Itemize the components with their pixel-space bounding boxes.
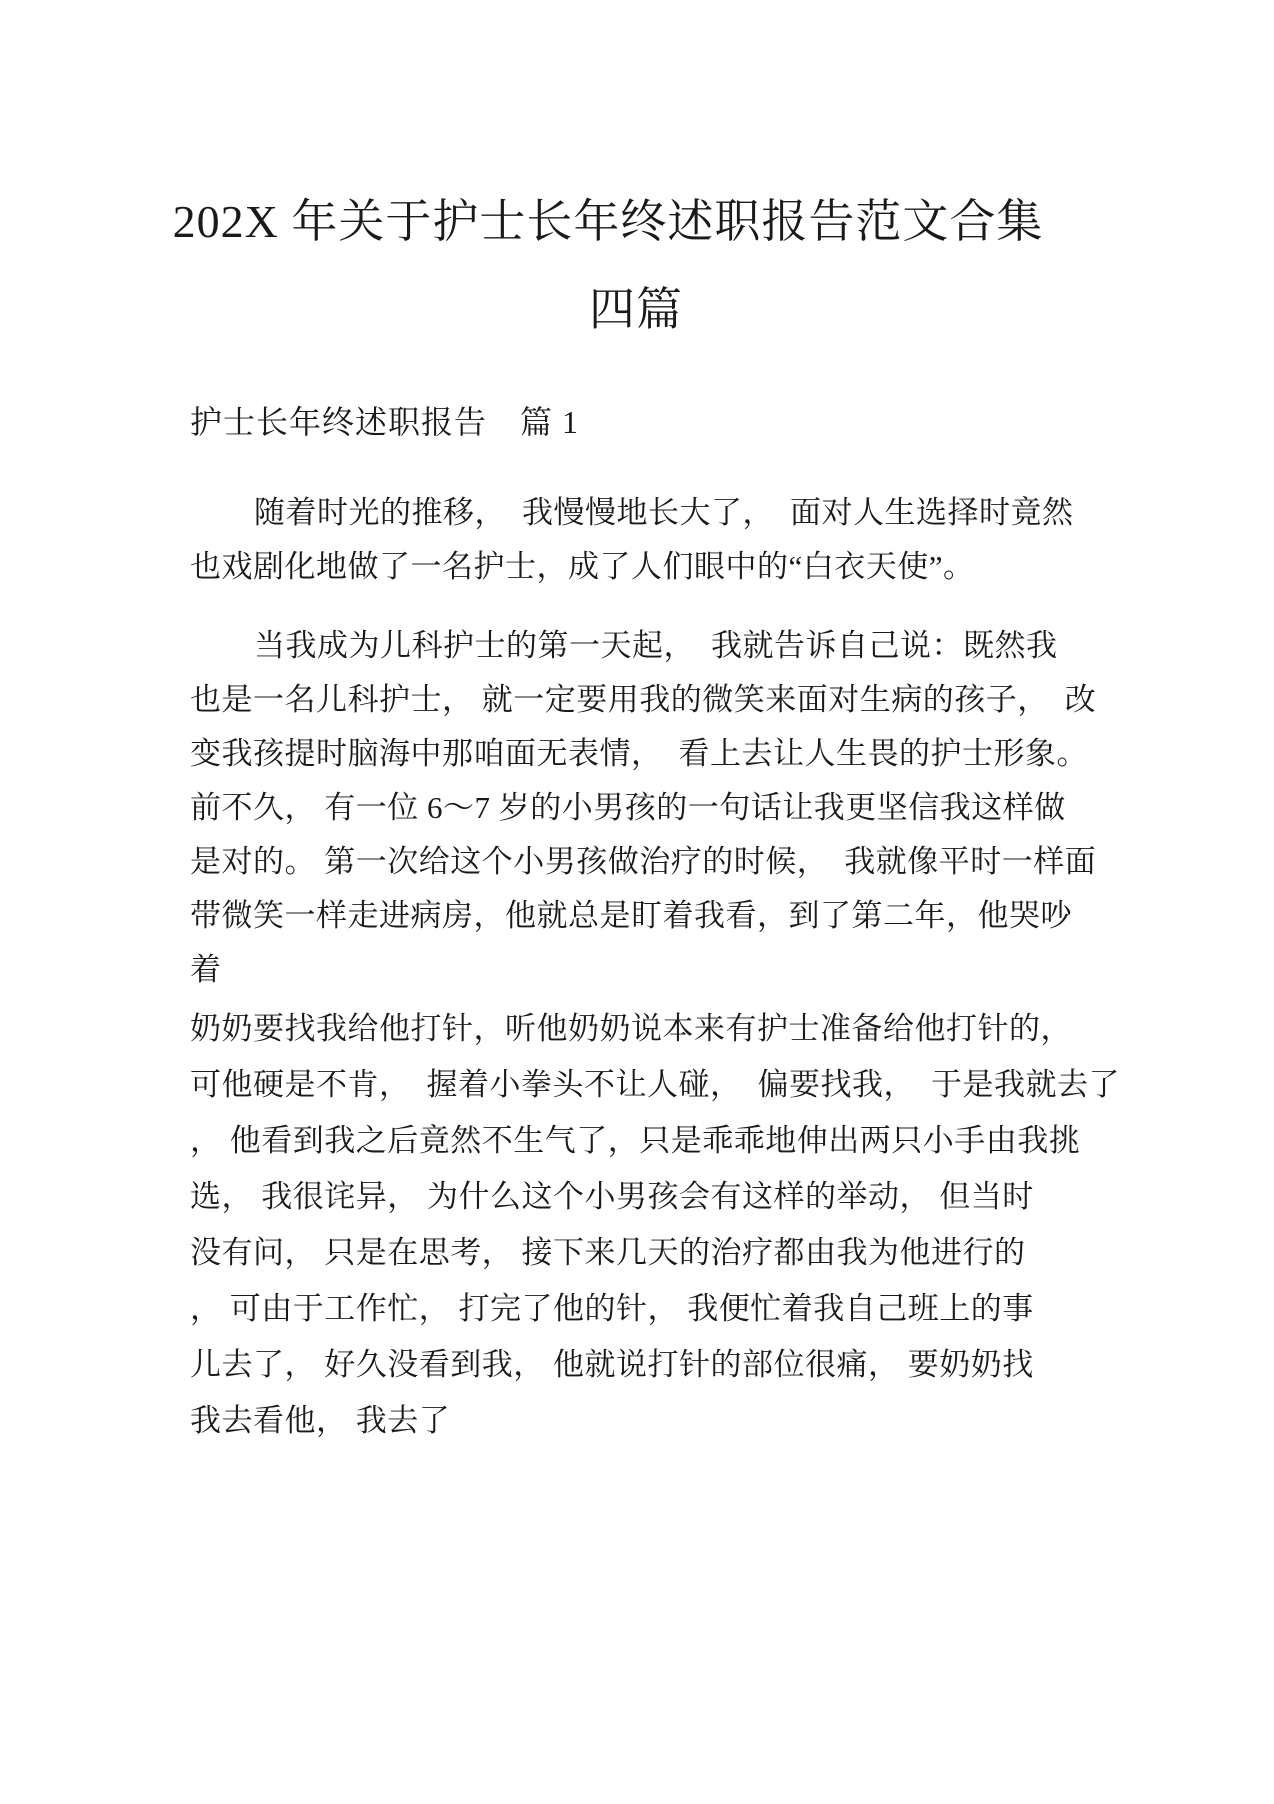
section-heading: 护士长年终述职报告 篇 1 bbox=[190, 400, 579, 444]
text-line: 随着时光的推移， 我慢慢地长大了， 面对人生选择时竟然 bbox=[190, 486, 1060, 540]
text-line: 是对的。 第一次给这个小男孩做治疗的时候， 我就像平时一样面 bbox=[190, 835, 1060, 889]
text-line: 可他硬是不肯， 握着小拳头不让人碰， 偏要找我， 于是我就去了 bbox=[190, 1057, 1060, 1113]
paragraph-3: 奶奶要找我给他打针，听他奶奶说本来有护士准备给他打针的， 可他硬是不肯， 握着小… bbox=[190, 1001, 1060, 1449]
text-line: 儿去了， 好久没看到我， 他就说打针的部位很痛， 要奶奶找 bbox=[190, 1337, 1060, 1393]
text-line: 着 bbox=[190, 943, 1060, 997]
text-line: 选， 我很诧异， 为什么这个小男孩会有这样的举动， 但当时 bbox=[190, 1169, 1060, 1225]
text-line: 也戏剧化地做了一名护士，成了人们眼中的“白衣天使”。 bbox=[190, 540, 1060, 594]
text-line: 前不久， 有一位 6～7 岁的小男孩的一句话让我更坚信我这样做 bbox=[190, 781, 1060, 835]
text-line: ， 可由于工作忙， 打完了他的针， 我便忙着我自己班上的事 bbox=[190, 1281, 1060, 1337]
text-line: 奶奶要找我给他打针，听他奶奶说本来有护士准备给他打针的， bbox=[190, 1001, 1060, 1057]
title-line-1: 202X 年关于护士长年终述职报告范文合集 bbox=[168, 178, 1048, 266]
document-title: 202X 年关于护士长年终述职报告范文合集 四篇 bbox=[168, 178, 1048, 354]
document-page: 202X 年关于护士长年终述职报告范文合集 四篇 护士长年终述职报告 篇 1 随… bbox=[0, 0, 1274, 1804]
title-line-2: 四篇 bbox=[224, 266, 1048, 354]
text-line: 没有问， 只是在思考， 接下来几天的治疗都由我为他进行的 bbox=[190, 1225, 1060, 1281]
text-line: ， 他看到我之后竟然不生气了，只是乖乖地伸出两只小手由我挑 bbox=[190, 1113, 1060, 1169]
paragraph-1: 随着时光的推移， 我慢慢地长大了， 面对人生选择时竟然 也戏剧化地做了一名护士，… bbox=[190, 486, 1060, 594]
text-line: 我去看他， 我去了 bbox=[190, 1393, 1060, 1449]
text-line: 也是一名儿科护士， 就一定要用我的微笑来面对生病的孩子， 改 bbox=[190, 673, 1060, 727]
text-line: 带微笑一样走进病房，他就总是盯着我看，到了第二年，他哭吵 bbox=[190, 889, 1060, 943]
paragraph-2: 当我成为儿科护士的第一天起， 我就告诉自己说：既然我 也是一名儿科护士， 就一定… bbox=[190, 619, 1060, 997]
text-line: 变我孩提时脑海中那咱面无表情， 看上去让人生畏的护士形象。 bbox=[190, 727, 1060, 781]
text-line: 当我成为儿科护士的第一天起， 我就告诉自己说：既然我 bbox=[190, 619, 1060, 673]
